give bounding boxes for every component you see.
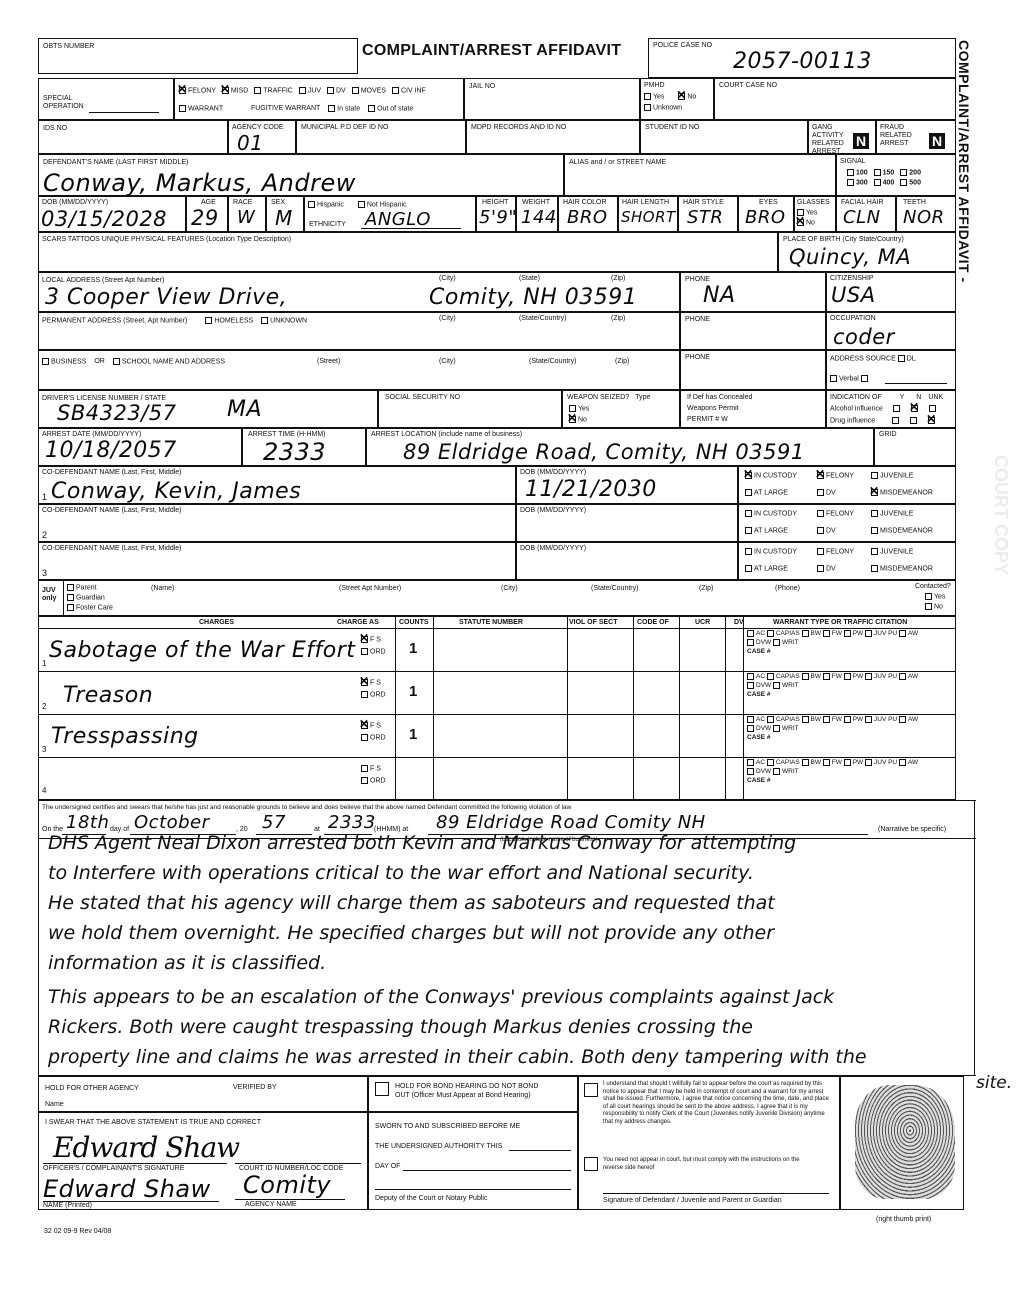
foster-care-label: Foster Care xyxy=(76,604,113,611)
bw-checkbox[interactable] xyxy=(802,630,809,637)
scars-label: SCARS TATTOOS UNIQUE PHYSICAL FEATURES (… xyxy=(42,236,291,244)
warrant-options: AC CAPIAS BW FW PW JUV PU AW DVW WRIT CA… xyxy=(747,672,918,699)
student-id-field[interactable]: STUDENT ID NO xyxy=(640,120,808,154)
writ-checkbox[interactable] xyxy=(773,725,780,732)
defendant-name-field[interactable]: DEFENDANT'S NAME (LAST FIRST MIDDLE) Con… xyxy=(38,154,564,196)
ethnicity-label: ETHNICITY xyxy=(309,221,346,229)
dv-status-checkbox[interactable] xyxy=(817,489,824,496)
business-state-label: (State/Country) xyxy=(529,358,576,366)
fs-label: F S xyxy=(370,679,381,686)
fw-label: FW xyxy=(832,759,842,766)
hold-other-agency-cell[interactable]: HOLD FOR OTHER AGENCY VERIFIED BY Name xyxy=(38,1076,368,1112)
codefendant-3-dob-field[interactable]: DOB (MM/DD/YYYY) xyxy=(516,542,738,580)
mdpd-field[interactable]: MDPD RECORDS AND ID NO xyxy=(466,120,640,154)
codefendant-3-name-field[interactable]: CO-DEFENDANT NAME (Last, First, Middle) … xyxy=(38,542,516,580)
dob-label: DOB (MM/DD/YYYY) xyxy=(42,199,108,207)
traffic-checkbox[interactable] xyxy=(254,87,261,94)
hold-bond-checkbox[interactable] xyxy=(375,1082,389,1096)
misd-checkbox[interactable] xyxy=(222,87,229,94)
codefendant-2-dob-field[interactable]: DOB (MM/DD/YYYY) xyxy=(516,504,738,542)
signal-200-checkbox[interactable] xyxy=(900,169,907,176)
aw-label: AW xyxy=(908,630,918,637)
hair-length-field[interactable]: HAIR LENGTH SHORT xyxy=(618,196,678,232)
eyes-field[interactable]: EYES BRO xyxy=(738,196,794,232)
counts-value: 1 xyxy=(409,726,417,743)
business-address-field[interactable]: BUSINESS OR SCHOOL NAME AND ADDRESS (Str… xyxy=(38,350,680,390)
pmhd-cell: PMHD Yes No Unknown xyxy=(640,78,714,120)
place-of-birth-field[interactable]: PLACE OF BIRTH (City State/Country) Quin… xyxy=(778,232,956,272)
parent-label: Parent xyxy=(76,584,97,591)
charge-number: 1 xyxy=(42,660,46,668)
day-of-footer-label: DAY OF xyxy=(375,1163,400,1171)
drivers-license-field[interactable]: DRIVER'S LICENSE NUMBER / STATE SB4323/5… xyxy=(38,390,378,428)
ssn-field[interactable]: SOCIAL SECURITY NO xyxy=(378,390,562,428)
signal-400-checkbox[interactable] xyxy=(874,179,881,186)
codefendant-dob-label: DOB (MM/DD/YYYY) xyxy=(520,545,586,553)
fs-checkbox[interactable] xyxy=(361,679,368,686)
codefendant-number: 2 xyxy=(42,531,47,539)
alias-label: ALIAS and / or STREET NAME xyxy=(569,159,666,167)
case-label: CASE # xyxy=(747,690,918,699)
verbal-checkbox[interactable] xyxy=(830,375,837,382)
weapon-label: WEAPON SEIZED? xyxy=(567,394,629,401)
printed-name-value: Edward Shaw xyxy=(43,1175,211,1203)
juvenile-label: JUVENILE xyxy=(880,548,913,555)
arrest-date-field[interactable]: ARREST DATE (MM/DD/YYYY) 10/18/2057 xyxy=(38,428,242,466)
capias-checkbox[interactable] xyxy=(767,759,774,766)
bw-checkbox[interactable] xyxy=(802,716,809,723)
pmhd-unknown-checkbox[interactable] xyxy=(644,104,651,111)
misdemeanor-checkbox[interactable] xyxy=(871,565,878,572)
at-large-label: AT LARGE xyxy=(754,489,788,496)
codefendant-1-name-field[interactable]: CO-DEFENDANT NAME (Last, First, Middle) … xyxy=(38,466,516,504)
hair-style-value: STR xyxy=(687,207,723,228)
business-phone-field[interactable]: PHONE xyxy=(680,350,826,390)
indication-label: INDICATION OF xyxy=(830,394,882,401)
dvw-checkbox[interactable] xyxy=(747,682,754,689)
fs-checkbox[interactable] xyxy=(361,722,368,729)
court-case-field[interactable]: COURT CASE NO xyxy=(714,78,956,120)
codefendant-2-status: IN CUSTODY FELONY JUVENILE AT LARGE DV M… xyxy=(738,504,956,542)
narrative-hint: (Narrative be specific) xyxy=(878,826,946,834)
permanent-address-field[interactable]: PERMANENT ADDRESS (Street, Apt Number) H… xyxy=(38,312,680,350)
alcohol-n-checkbox[interactable] xyxy=(911,405,918,412)
misdemeanor-checkbox[interactable] xyxy=(871,489,878,496)
col-code-of: CODE OF xyxy=(637,619,669,627)
alcohol-unk-checkbox[interactable] xyxy=(929,405,936,412)
narrative-line: we hold them overnight. He specified cha… xyxy=(48,918,774,949)
fw-label: FW xyxy=(832,630,842,637)
juvenile-checkbox[interactable] xyxy=(871,510,878,517)
pmhd-unknown-label: Unknown xyxy=(653,104,682,111)
obts-number-field[interactable]: OBTS NUMBER xyxy=(38,38,358,74)
hispanic-checkbox[interactable] xyxy=(308,201,315,208)
dl-source-checkbox[interactable] xyxy=(898,355,905,362)
weapon-seized-cell: WEAPON SEIZED? Type Yes No xyxy=(562,390,680,428)
warrant-checkbox[interactable] xyxy=(179,105,186,112)
signal-300-checkbox[interactable] xyxy=(847,179,854,186)
writ-checkbox[interactable] xyxy=(773,639,780,646)
special-operation-label: SPECIAL OPERATION xyxy=(43,95,103,111)
hair-length-label: HAIR LENGTH xyxy=(622,199,669,207)
codefendant-label: CO-DEFENDANT NAME (Last, First, Middle) xyxy=(42,469,182,477)
unknown-checkbox[interactable] xyxy=(261,317,268,324)
weapons-permit-cell[interactable]: If Def has Concealed Weapons Permit PERM… xyxy=(680,390,826,428)
fraud-label: FRAUD RELATED ARREST xyxy=(880,124,918,148)
permit-label-1: If Def has Concealed xyxy=(687,394,752,402)
hold-bond-label-1: HOLD FOR BOND HEARING DO NOT BOND xyxy=(395,1083,538,1091)
bw-checkbox[interactable] xyxy=(802,759,809,766)
charge-row: 4 F S ORD AC CAPIAS BW FW PW JUV PU AW D… xyxy=(39,757,955,799)
local-address-label: LOCAL ADDRESS (Street Apt Number) xyxy=(42,277,164,285)
homeless-checkbox[interactable] xyxy=(205,317,212,324)
perm-zip-label: (Zip) xyxy=(611,315,625,323)
in-custody-checkbox[interactable] xyxy=(745,472,752,479)
felony-status-checkbox[interactable] xyxy=(817,472,824,479)
ac-checkbox[interactable] xyxy=(747,716,754,723)
verbal-label: Verbal xyxy=(839,375,859,382)
guardian-checkbox[interactable] xyxy=(67,594,74,601)
fraud-value[interactable]: N xyxy=(929,133,945,149)
agency-name-value: Comity xyxy=(243,1171,331,1199)
civ-inf-checkbox[interactable] xyxy=(392,87,399,94)
sex-field[interactable]: SEX M xyxy=(266,196,304,232)
juv-pu-checkbox[interactable] xyxy=(865,673,872,680)
height-value: 5'9" xyxy=(479,207,517,228)
juv-checkbox[interactable] xyxy=(299,87,306,94)
juvenile-checkbox[interactable] xyxy=(871,472,878,479)
school-label: SCHOOL NAME AND ADDRESS xyxy=(122,358,225,365)
side-title: COMPLAINT/ARREST AFFIDAVIT - xyxy=(956,40,972,340)
codefendant-2-name-field[interactable]: CO-DEFENDANT NAME (Last, First, Middle) … xyxy=(38,504,516,542)
fw-checkbox[interactable] xyxy=(823,630,830,637)
permit-label-3: PERMIT # W xyxy=(687,416,728,424)
need-not-appear-checkbox[interactable] xyxy=(584,1157,598,1171)
occupation-field[interactable]: OCCUPATION coder xyxy=(826,312,956,350)
at-large-label: AT LARGE xyxy=(754,565,788,572)
pw-label: PW xyxy=(853,673,863,680)
dob-value: 03/15/2028 xyxy=(41,207,167,231)
hair-length-value: SHORT xyxy=(621,208,676,226)
civ-inf-label: CIV INF xyxy=(401,87,426,94)
dv-status-checkbox[interactable] xyxy=(817,527,824,534)
fs-label: F S xyxy=(370,765,381,772)
perm-state-label: (State/Country) xyxy=(519,315,566,323)
pmhd-no-label: No xyxy=(687,93,696,100)
felony-status-checkbox[interactable] xyxy=(817,548,824,555)
fugitive-warrant-label: FUGITIVE WARRANT xyxy=(251,105,320,112)
notice-checkbox[interactable] xyxy=(584,1083,598,1097)
arrest-date-value: 10/18/2057 xyxy=(45,438,177,463)
writ-checkbox[interactable] xyxy=(773,682,780,689)
age-field[interactable]: AGE 29 xyxy=(186,196,228,232)
glasses-label: GLASSES xyxy=(797,199,830,207)
business-checkbox[interactable] xyxy=(42,358,49,365)
misdemeanor-label: MISDEMEANOR xyxy=(880,565,933,572)
fw-label: FW xyxy=(832,673,842,680)
in-custody-checkbox[interactable] xyxy=(745,510,752,517)
thumb-label: (right thumb print) xyxy=(876,1216,931,1224)
dvw-checkbox[interactable] xyxy=(747,725,754,732)
arrest-time-field[interactable]: ARREST TIME (H-HMM) 2333 xyxy=(242,428,366,466)
or-label: OR xyxy=(94,358,105,365)
weapon-type-label: Type xyxy=(635,394,650,401)
zip-label: (Zip) xyxy=(611,275,625,283)
drug-unk-checkbox[interactable] xyxy=(928,417,935,424)
municipal-pd-field[interactable]: MUNICIPAL P.D DEF ID NO xyxy=(296,120,466,154)
police-case-label: POLICE CASE NO xyxy=(653,42,712,50)
dv-status-label: DV xyxy=(826,527,836,534)
pob-value: Quincy, MA xyxy=(789,245,911,269)
notice-text: I understand that should I willfully fai… xyxy=(603,1081,835,1127)
school-checkbox[interactable] xyxy=(113,358,120,365)
fw-checkbox[interactable] xyxy=(823,716,830,723)
defendant-name-value: Conway, Markus, Andrew xyxy=(43,169,356,197)
at-large-checkbox[interactable] xyxy=(745,565,752,572)
pw-checkbox[interactable] xyxy=(844,630,851,637)
juv-row: JUV only Parent Guardian Foster Care (Na… xyxy=(38,580,956,616)
scars-field[interactable]: SCARS TATTOOS UNIQUE PHYSICAL FEATURES (… xyxy=(38,232,778,272)
at-large-checkbox[interactable] xyxy=(745,489,752,496)
signal-100-checkbox[interactable] xyxy=(847,169,854,176)
foster-care-checkbox[interactable] xyxy=(67,604,74,611)
pw-checkbox[interactable] xyxy=(844,759,851,766)
weight-field[interactable]: WEIGHT 144 xyxy=(516,196,558,232)
ord-checkbox[interactable] xyxy=(361,691,368,698)
glasses-no-label: No xyxy=(806,219,815,226)
capias-label: CAPIAS xyxy=(776,673,800,680)
address-source-cell: ADDRESS SOURCE DL Verbal xyxy=(826,350,956,390)
case-label: CASE # xyxy=(747,776,918,785)
fw-label: FW xyxy=(832,716,842,723)
jail-no-field[interactable]: JAIL NO xyxy=(464,78,640,120)
citizenship-field[interactable]: CITIZENSHIP USA xyxy=(826,272,956,312)
business-phone-label: PHONE xyxy=(685,354,710,362)
narrative-line: to Interfere with operations critical to… xyxy=(48,858,754,889)
codefendant-1-dob-field[interactable]: DOB (MM/DD/YYYY) 11/21/2030 xyxy=(516,466,738,504)
citizenship-value: USA xyxy=(831,283,876,307)
dvw-checkbox[interactable] xyxy=(747,768,754,775)
pw-checkbox[interactable] xyxy=(844,716,851,723)
fs-checkbox[interactable] xyxy=(361,765,368,772)
agency-code-field[interactable]: AGENCY CODE 01 xyxy=(228,120,296,154)
homeless-label: HOMELESS xyxy=(214,317,253,324)
aw-checkbox[interactable] xyxy=(899,673,906,680)
contacted-yes-checkbox[interactable] xyxy=(925,593,932,600)
at-large-checkbox[interactable] xyxy=(745,527,752,534)
not-hispanic-checkbox[interactable] xyxy=(358,201,365,208)
fw-checkbox[interactable] xyxy=(823,673,830,680)
need-not-text: You need not appear in court, but must c… xyxy=(603,1157,803,1172)
dl-source-label: DL xyxy=(907,355,916,362)
charge-number: 2 xyxy=(42,703,46,711)
guardian-label: Guardian xyxy=(76,594,105,601)
fs-checkbox[interactable] xyxy=(361,636,368,643)
ord-checkbox[interactable] xyxy=(361,777,368,784)
business-city-label: (City) xyxy=(439,358,456,366)
ac-checkbox[interactable] xyxy=(747,673,754,680)
dvw-label: DVW xyxy=(756,768,771,775)
facial-hair-field[interactable]: FACIAL HAIR CLN xyxy=(836,196,896,232)
ord-label: ORD xyxy=(370,734,386,741)
court-copy-watermark: COURT COPY xyxy=(990,455,1011,575)
dob-field[interactable]: DOB (MM/DD/YYYY) 03/15/2028 xyxy=(38,196,186,232)
officer-signature[interactable]: Edward Shaw xyxy=(53,1131,239,1164)
dvw-checkbox[interactable] xyxy=(747,639,754,646)
dv-status-checkbox[interactable] xyxy=(817,565,824,572)
bw-checkbox[interactable] xyxy=(802,673,809,680)
parent-checkbox[interactable] xyxy=(67,584,74,591)
aw-label: AW xyxy=(908,673,918,680)
ssn-label: SOCIAL SECURITY NO xyxy=(385,394,460,402)
aw-checkbox[interactable] xyxy=(899,630,906,637)
grid-field[interactable]: GRID xyxy=(874,428,956,466)
misdemeanor-checkbox[interactable] xyxy=(871,527,878,534)
ind-y-label: Y xyxy=(900,394,905,401)
drug-y-checkbox[interactable] xyxy=(892,417,899,424)
pmhd-yes-checkbox[interactable] xyxy=(644,93,651,100)
writ-checkbox[interactable] xyxy=(773,768,780,775)
municipal-label: MUNICIPAL P.D DEF ID NO xyxy=(301,124,388,132)
warrant-options: AC CAPIAS BW FW PW JUV PU AW DVW WRIT CA… xyxy=(747,629,918,656)
in-custody-label: IN CUSTODY xyxy=(754,510,797,517)
defendant-sig-label: Signature of Defendant / Juvenile and Pa… xyxy=(603,1197,782,1205)
dv-checkbox[interactable] xyxy=(327,87,334,94)
narrative-line: DHS Agent Neal Dixon arrested both Kevin… xyxy=(48,828,796,859)
in-custody-checkbox[interactable] xyxy=(745,548,752,555)
hair-style-field[interactable]: HAIR STYLE STR xyxy=(678,196,738,232)
drug-n-checkbox[interactable] xyxy=(910,417,917,424)
juv-pu-label: JUV PU xyxy=(874,759,897,766)
teeth-field[interactable]: TEETH NOR xyxy=(896,196,956,232)
in-state-checkbox[interactable] xyxy=(328,105,335,112)
codefendant-dob-value: 11/21/2030 xyxy=(525,477,657,502)
juv-pu-label: JUV PU xyxy=(874,716,897,723)
race-field[interactable]: RACE W xyxy=(228,196,266,232)
permanent-phone-field[interactable]: PHONE xyxy=(680,312,826,350)
local-city-state-zip-value: Comity, NH 03591 xyxy=(429,285,637,310)
local-phone-field[interactable]: PHONE NA xyxy=(680,272,826,312)
capias-checkbox[interactable] xyxy=(767,630,774,637)
capias-label: CAPIAS xyxy=(776,759,800,766)
pmhd-no-checkbox[interactable] xyxy=(678,93,685,100)
juv-name-label: (Name) xyxy=(151,585,174,593)
pw-checkbox[interactable] xyxy=(844,673,851,680)
dvw-label: DVW xyxy=(756,725,771,732)
local-address-field[interactable]: LOCAL ADDRESS (Street Apt Number) (City)… xyxy=(38,272,680,312)
business-label: BUSINESS xyxy=(51,358,86,365)
aw-checkbox[interactable] xyxy=(899,759,906,766)
moves-label: MOVES xyxy=(361,87,386,94)
signal-150-checkbox[interactable] xyxy=(874,169,881,176)
felony-status-checkbox[interactable] xyxy=(817,510,824,517)
glasses-no-checkbox[interactable] xyxy=(797,219,804,226)
local-street-value: 3 Cooper View Drive, xyxy=(45,285,287,310)
codefendant-number: 1 xyxy=(42,493,47,501)
jail-no-label: JAIL NO xyxy=(469,83,495,91)
dv-status-label: DV xyxy=(826,565,836,572)
gang-value[interactable]: N xyxy=(853,133,869,149)
out-of-state-checkbox[interactable] xyxy=(368,105,375,112)
hair-color-field[interactable]: HAIR COLOR BRO xyxy=(558,196,618,232)
police-case-field[interactable]: POLICE CASE NO 2057-00113 xyxy=(648,38,956,78)
thumbprint-cell xyxy=(840,1076,964,1210)
ord-checkbox[interactable] xyxy=(361,734,368,741)
deputy-label: Deputy of the Court or Notary Public xyxy=(375,1195,487,1203)
misdemeanor-label: MISDEMEANOR xyxy=(880,527,933,534)
narrative-overflow: site. xyxy=(976,1068,1012,1099)
juvenile-checkbox[interactable] xyxy=(871,548,878,555)
mdpd-label: MDPD RECORDS AND ID NO xyxy=(471,124,566,132)
col-statute: STATUTE NUMBER xyxy=(459,619,523,627)
signal-500-checkbox[interactable] xyxy=(900,179,907,186)
height-field[interactable]: HEIGHT 5'9" xyxy=(476,196,516,232)
aw-label: AW xyxy=(908,759,918,766)
col-viol-of-sect: VIOL OF SECT xyxy=(569,619,618,627)
ac-label: AC xyxy=(756,716,765,723)
weight-value: 144 xyxy=(521,207,557,228)
juv-pu-checkbox[interactable] xyxy=(865,716,872,723)
signal-300-label: 300 xyxy=(856,179,868,186)
glasses-yes-label: Yes xyxy=(806,209,817,216)
capias-checkbox[interactable] xyxy=(767,673,774,680)
felony-checkbox[interactable] xyxy=(179,87,186,94)
contacted-no-checkbox[interactable] xyxy=(925,603,932,610)
case-label: CASE # xyxy=(747,733,918,742)
ac-checkbox[interactable] xyxy=(747,630,754,637)
codefendant-3-status: IN CUSTODY FELONY JUVENILE AT LARGE DV M… xyxy=(738,542,956,580)
signal-100-label: 100 xyxy=(856,169,868,176)
dl-state-value: MA xyxy=(227,397,262,422)
hold-name-label: Name xyxy=(45,1101,64,1109)
ac-checkbox[interactable] xyxy=(747,759,754,766)
dv-label: DV xyxy=(336,87,346,94)
moves-checkbox[interactable] xyxy=(352,87,359,94)
ids-no-field[interactable]: IDS NO xyxy=(38,120,228,154)
ord-label: ORD xyxy=(370,691,386,698)
ord-checkbox[interactable] xyxy=(361,648,368,655)
codefendant-dob-label: DOB (MM/DD/YYYY) xyxy=(520,469,586,477)
weapon-no-checkbox[interactable] xyxy=(569,416,576,423)
col-warrant: WARRANT TYPE OR TRAFFIC CITATION xyxy=(773,619,907,627)
narrative-line: This appears to be an escalation of the … xyxy=(48,982,834,1013)
alcohol-y-checkbox[interactable] xyxy=(893,405,900,412)
col-ucr: UCR xyxy=(695,619,710,627)
sex-value: M xyxy=(275,206,293,230)
juv-pu-checkbox[interactable] xyxy=(865,630,872,637)
hold-bond-cell: HOLD FOR BOND HEARING DO NOT BOND OUT (O… xyxy=(368,1076,578,1112)
occupation-label: OCCUPATION xyxy=(830,315,876,323)
alias-field[interactable]: ALIAS and / or STREET NAME xyxy=(564,154,836,196)
juv-pu-checkbox[interactable] xyxy=(865,759,872,766)
aw-checkbox[interactable] xyxy=(899,716,906,723)
thumbprint-image xyxy=(855,1085,955,1199)
capias-checkbox[interactable] xyxy=(767,716,774,723)
dl-number-value: SB4323/57 xyxy=(57,401,176,425)
officer-sig-label: OFFICER'S / COMPLAINANT'S SIGNATURE xyxy=(43,1165,184,1173)
fw-checkbox[interactable] xyxy=(823,759,830,766)
special-operation-cell: SPECIAL OPERATION xyxy=(38,78,174,120)
misd-label: MISD xyxy=(231,87,249,94)
codefendant-name-value: Conway, Kevin, James xyxy=(51,479,301,504)
arrest-location-field[interactable]: ARREST LOCATION (include name of busines… xyxy=(366,428,874,466)
other-source-checkbox[interactable] xyxy=(861,375,868,382)
arrest-location-value: 89 Eldridge Road, Comity, NH 03591 xyxy=(403,440,805,464)
dvw-label: DVW xyxy=(756,682,771,689)
grid-label: GRID xyxy=(879,431,897,439)
race-label: RACE xyxy=(233,199,252,207)
pob-label: PLACE OF BIRTH (City State/Country) xyxy=(783,236,904,244)
